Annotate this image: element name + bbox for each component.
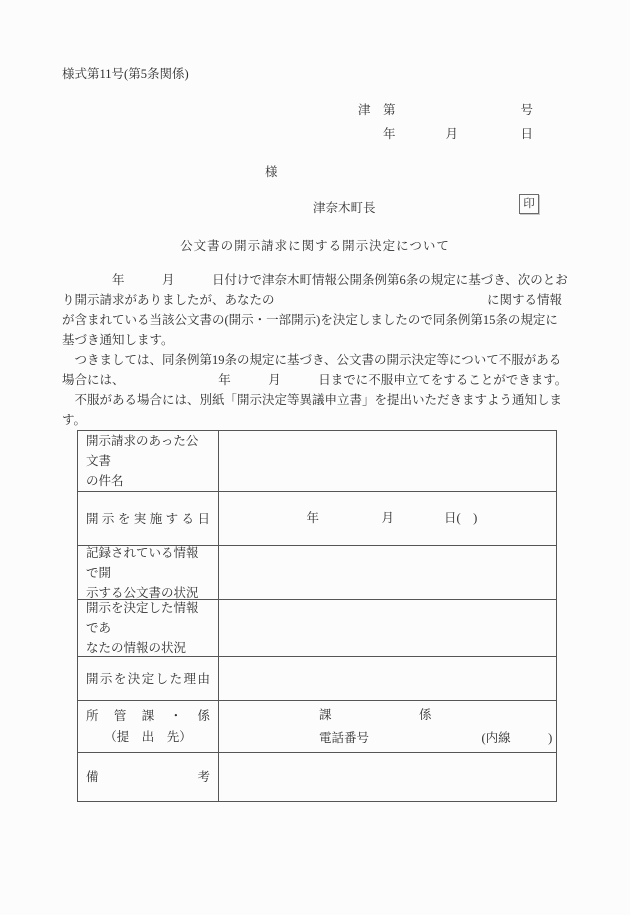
sender-title: 津奈木町長 bbox=[313, 198, 376, 216]
cell-personal-info-status bbox=[219, 600, 556, 656]
document-page: 様式第11号(第5条関係) 津 第 号 年 月 日 様 津奈木町長 印 公文書の… bbox=[0, 0, 630, 915]
cell-document-status bbox=[219, 546, 556, 599]
cell-disclosure-date: 年 月 日( ) bbox=[219, 492, 556, 545]
body-line-2: り開示請求がありましたが、あなたの に関する情報 bbox=[62, 290, 570, 310]
table-row: 開示を実施する日 年 月 日( ) bbox=[78, 492, 556, 546]
disclosure-table: 開示請求のあった公文書 の件名 開示を実施する日 年 月 日( ) 記録されてい… bbox=[77, 430, 557, 802]
row-label-document-name: 開示請求のあった公文書 の件名 bbox=[78, 431, 219, 491]
row-label-personal-info-status: 開示を決定した情報であ なたの情報の状況 bbox=[78, 600, 219, 656]
recipient-honorific: 様 bbox=[265, 162, 278, 180]
body-line-3: が含まれている当該公文書の(開示・一部開示)を決定しましたので同条例第15条の規… bbox=[62, 310, 570, 330]
form-number: 様式第11号(第5条関係) bbox=[62, 64, 189, 82]
body-line-7: 不服がある場合には、別紙「開示決定等異議申立書」を提出いただきますよう通知しま bbox=[62, 390, 570, 410]
body-line-6: 場合には、 年 月 日までに不服申立てをすることができます。 bbox=[62, 370, 570, 390]
body-line-4: 基づき通知します。 bbox=[62, 330, 570, 350]
table-row: 備考 bbox=[78, 753, 556, 801]
table-row: 開示を決定した情報であ なたの情報の状況 bbox=[78, 600, 556, 657]
table-row: 開示請求のあった公文書 の件名 bbox=[78, 431, 556, 492]
cell-remarks bbox=[219, 753, 556, 801]
row-label-disclosure-date: 開示を実施する日 bbox=[78, 492, 219, 545]
cell-document-name bbox=[219, 431, 556, 491]
body-line-1: 年 月 日付けで津奈木町情報公開条例第6条の規定に基づき、次のとお bbox=[62, 270, 570, 290]
row-label-document-status: 記録されている情報で開 示する公文書の状況 bbox=[78, 546, 219, 599]
row-label-responsible-section: 所管課・係 （提 出 先） bbox=[78, 701, 219, 752]
cell-responsible-section: 課 係 電話番号 (内線 ) bbox=[219, 701, 556, 752]
table-row: 記録されている情報で開 示する公文書の状況 bbox=[78, 546, 556, 600]
document-title: 公文書の開示請求に関する開示決定について bbox=[0, 236, 630, 254]
document-number-line: 津 第 号 bbox=[358, 100, 533, 118]
body-line-8: す。 bbox=[62, 410, 570, 430]
body-text: 年 月 日付けで津奈木町情報公開条例第6条の規定に基づき、次のとお り開示請求が… bbox=[62, 270, 570, 430]
table-row: 所管課・係 （提 出 先） 課 係 電話番号 (内線 ) bbox=[78, 701, 556, 753]
row-label-decision-reason: 開示を決定した理由 bbox=[78, 657, 219, 700]
seal-stamp: 印 bbox=[519, 194, 539, 214]
body-line-5: つきましては、同条例第19条の規定に基づき、公文書の開示決定等について不服がある bbox=[62, 350, 570, 370]
row-label-remarks: 備考 bbox=[78, 753, 219, 801]
table-row: 開示を決定した理由 bbox=[78, 657, 556, 701]
cell-decision-reason bbox=[219, 657, 556, 700]
document-date-line: 年 月 日 bbox=[358, 124, 533, 142]
